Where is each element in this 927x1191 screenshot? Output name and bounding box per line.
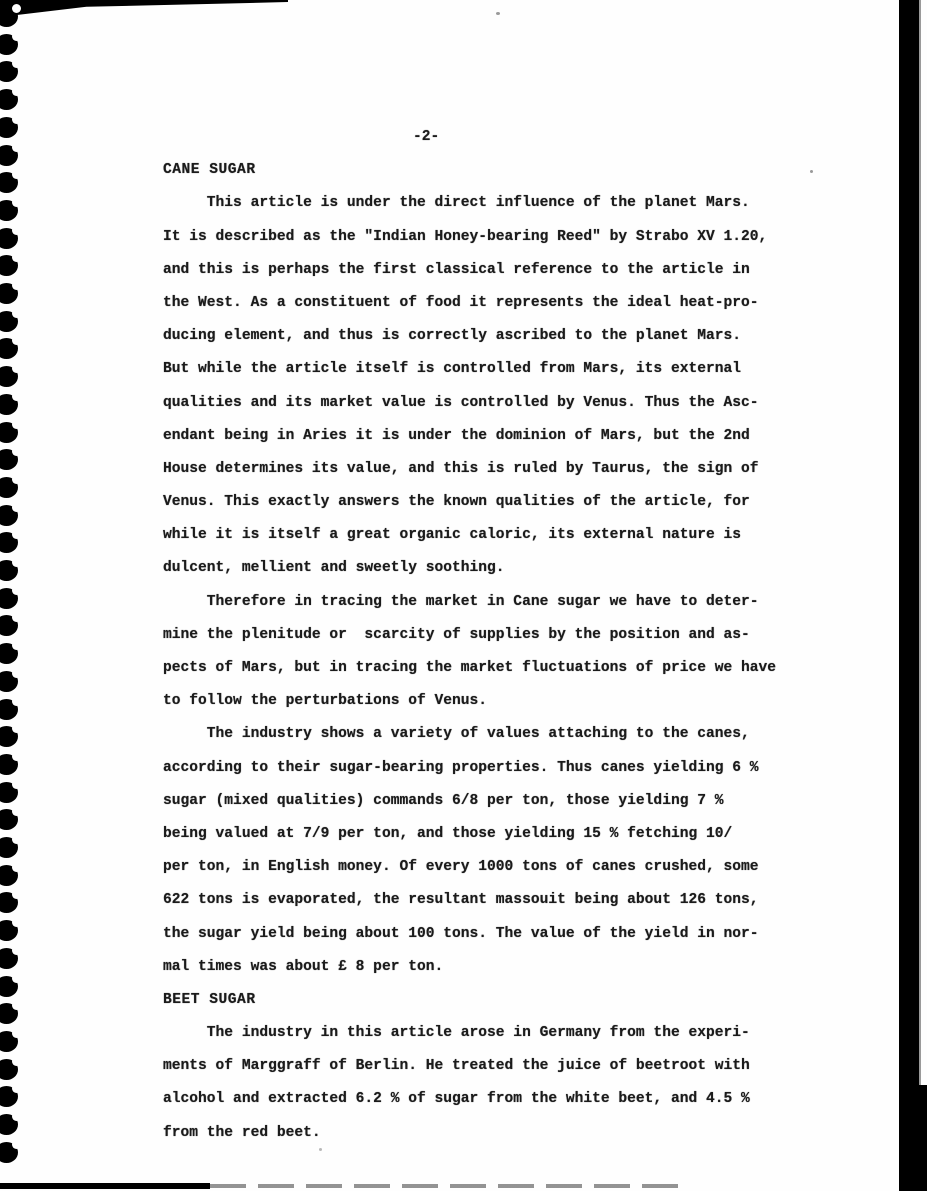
binding-hole <box>0 754 18 775</box>
scan-artifact-bottom-edge <box>0 1183 210 1189</box>
binding-hole <box>0 643 18 664</box>
text-line: endant being in Aries it is under the do… <box>163 420 863 453</box>
binding-hole <box>0 1031 18 1052</box>
paragraph: This article is under the direct influen… <box>163 187 863 585</box>
binding-holes <box>0 0 30 1191</box>
scan-speck <box>810 170 813 173</box>
text-line: Venus. This exactly answers the known qu… <box>163 486 863 519</box>
text-line: ments of Marggraff of Berlin. He treated… <box>163 1050 863 1083</box>
text-line: being valued at 7/9 per ton, and those y… <box>163 818 863 851</box>
text-line: the sugar yield being about 100 tons. Th… <box>163 918 863 951</box>
section-heading: CANE SUGAR <box>163 154 863 187</box>
binding-hole <box>0 34 18 55</box>
text-line: alcohol and extracted 6.2 % of sugar fro… <box>163 1083 863 1116</box>
binding-hole <box>0 255 18 276</box>
binding-hole <box>0 366 18 387</box>
page: -2- CANE SUGAR This article is under the… <box>0 0 927 1191</box>
scan-speck <box>496 12 500 15</box>
paragraph: Therefore in tracing the market in Cane … <box>163 586 863 719</box>
binding-hole <box>0 117 18 138</box>
binding-hole <box>0 782 18 803</box>
binding-hole <box>0 449 18 470</box>
section-heading: BEET SUGAR <box>163 984 863 1017</box>
text-line: It is described as the "Indian Honey-bea… <box>163 221 863 254</box>
text-line: sugar (mixed qualities) commands 6/8 per… <box>163 785 863 818</box>
text-line: and this is perhaps the first classical … <box>163 254 863 287</box>
binding-hole <box>0 505 18 526</box>
text-line: This article is under the direct influen… <box>163 187 863 220</box>
scan-artifact-right-edge <box>899 0 921 1191</box>
binding-hole <box>0 837 18 858</box>
text-line: according to their sugar-bearing propert… <box>163 752 863 785</box>
scan-artifact-top-edge <box>0 0 288 17</box>
text-line: pects of Mars, but in tracing the market… <box>163 652 863 685</box>
binding-hole <box>0 699 18 720</box>
binding-hole <box>0 920 18 941</box>
text-line: The industry in this article arose in Ge… <box>163 1017 863 1050</box>
binding-hole <box>0 976 18 997</box>
text-line: ducing element, and thus is correctly as… <box>163 320 863 353</box>
binding-hole <box>0 1142 18 1163</box>
document-body: CANE SUGAR This article is under the dir… <box>163 154 863 1150</box>
binding-hole <box>0 588 18 609</box>
binding-hole <box>0 200 18 221</box>
binding-hole <box>0 283 18 304</box>
binding-hole <box>0 560 18 581</box>
binding-hole <box>0 726 18 747</box>
binding-hole <box>0 1059 18 1080</box>
binding-hole <box>0 394 18 415</box>
binding-hole <box>0 1003 18 1024</box>
binding-hole <box>0 338 18 359</box>
page-number: -2- <box>163 121 863 154</box>
binding-hole <box>0 172 18 193</box>
text-line: per ton, in English money. Of every 1000… <box>163 851 863 884</box>
binding-hole <box>0 311 18 332</box>
binding-hole <box>0 228 18 249</box>
text-line: Therefore in tracing the market in Cane … <box>163 586 863 619</box>
text-line: while it is itself a great organic calor… <box>163 519 863 552</box>
text-line: dulcent, mellient and sweetly soothing. <box>163 552 863 585</box>
paragraph: The industry in this article arose in Ge… <box>163 1017 863 1150</box>
text-line: mal times was about £ 8 per ton. <box>163 951 863 984</box>
text-line: from the red beet. <box>163 1117 863 1150</box>
text-line: the West. As a constituent of food it re… <box>163 287 863 320</box>
binding-hole <box>0 89 18 110</box>
text-line: 622 tons is evaporated, the resultant ma… <box>163 884 863 917</box>
scanned-page: { "colors": { "paper": "#fefefe", "ink":… <box>0 0 927 1191</box>
binding-hole <box>0 948 18 969</box>
text-line: But while the article itself is controll… <box>163 353 863 386</box>
text-line: House determines its value, and this is … <box>163 453 863 486</box>
scan-artifact-bottom-right-corner <box>899 1085 927 1191</box>
text-line: mine the plenitude or scarcity of suppli… <box>163 619 863 652</box>
scan-speck <box>319 1148 322 1151</box>
binding-hole <box>0 6 18 27</box>
text-line: The industry shows a variety of values a… <box>163 718 863 751</box>
binding-hole <box>0 532 18 553</box>
binding-hole <box>0 809 18 830</box>
paragraph: The industry shows a variety of values a… <box>163 718 863 984</box>
binding-hole <box>0 477 18 498</box>
binding-hole <box>0 892 18 913</box>
binding-hole <box>0 1086 18 1107</box>
binding-hole <box>0 61 18 82</box>
scan-artifact-bottom-edge-faded <box>210 1184 685 1188</box>
binding-hole <box>0 422 18 443</box>
binding-hole <box>0 1114 18 1135</box>
binding-hole <box>0 615 18 636</box>
binding-hole <box>0 671 18 692</box>
page-content: -2- CANE SUGAR This article is under the… <box>163 121 863 1150</box>
text-line: qualities and its market value is contro… <box>163 387 863 420</box>
text-line: to follow the perturbations of Venus. <box>163 685 863 718</box>
binding-hole <box>0 145 18 166</box>
binding-hole <box>0 865 18 886</box>
